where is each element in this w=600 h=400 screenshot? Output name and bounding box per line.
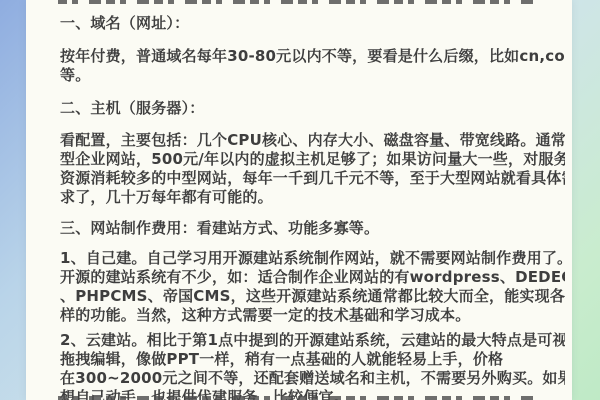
text-line: 2、云建站。相比于第1点中提到的开源建站系统，云建站的最大特点是可视化 bbox=[60, 331, 565, 350]
text-line: 看配置，主要包括：几个CPU核心、内存大小、磁盘容量、带宽线路。通常小 bbox=[60, 131, 565, 150]
text-line: 在300~2000元之间不等，还配套赠送域名和主机，不需要另外购买。如果不 bbox=[60, 369, 565, 388]
section-heading-build-cost: 三、网站制作费用：看建站方式、功能多寡等。 bbox=[60, 219, 565, 238]
page-background: { "page": { "background_gradient": { "to… bbox=[0, 0, 600, 400]
text-line: 资源消耗较多的中型网站，每年一千到几千元不等，至于大型网站就看具体需 bbox=[60, 169, 565, 188]
text-line: 1、自己建。自己学习用开源建站系统制作网站，就不需要网站制作费用了。 bbox=[60, 249, 565, 268]
text-line: 拖拽编辑，像做PPT一样，稍有一点基础的人就能轻易上手，价格 bbox=[60, 350, 565, 369]
text-line: 求了，几十万每年都有可能的。 bbox=[60, 188, 565, 207]
text-line: 按年付费，普通域名每年30-80元以内不等，要看是什么后缀，比如cn,com等 bbox=[60, 47, 565, 66]
paragraph-host: 看配置，主要包括：几个CPU核心、内存大小、磁盘容量、带宽线路。通常小 型企业网… bbox=[60, 131, 565, 207]
clipped-text-row-top bbox=[58, 0, 536, 4]
section-heading-host: 二、主机（服务器）： bbox=[60, 99, 565, 118]
paragraph-cloud-build: 2、云建站。相比于第1点中提到的开源建站系统，云建站的最大特点是可视化 拖拽编辑… bbox=[60, 331, 565, 400]
text-line: 开源的建站系统有不少，如：适合制作企业网站的有wordpress、DEDECMS bbox=[60, 268, 565, 287]
paragraph-self-build: 1、自己建。自己学习用开源建站系统制作网站，就不需要网站制作费用了。 开源的建站… bbox=[60, 249, 565, 325]
section-heading-domain: 一、域名（网址）： bbox=[60, 14, 565, 33]
text-line: 、PHPCMS、帝国CMS，这些开源建站系统通常都比较大而全，能实现各种各 bbox=[60, 287, 565, 306]
text-line: 等。 bbox=[60, 66, 565, 85]
article-card: 一、域名（网址）： 按年付费，普通域名每年30-80元以内不等，要看是什么后缀，… bbox=[26, 0, 572, 400]
clipped-text-row-bottom bbox=[58, 396, 536, 400]
text-line: 样的功能。当然，这种方式需要一定的技术基础和学习成本。 bbox=[60, 306, 565, 325]
text-line: 型企业网站，500元/年以内的虚拟主机足够了；如果访问量大一些，对服务器 bbox=[60, 150, 565, 169]
paragraph-domain: 按年付费，普通域名每年30-80元以内不等，要看是什么后缀，比如cn,com等 … bbox=[60, 47, 565, 85]
